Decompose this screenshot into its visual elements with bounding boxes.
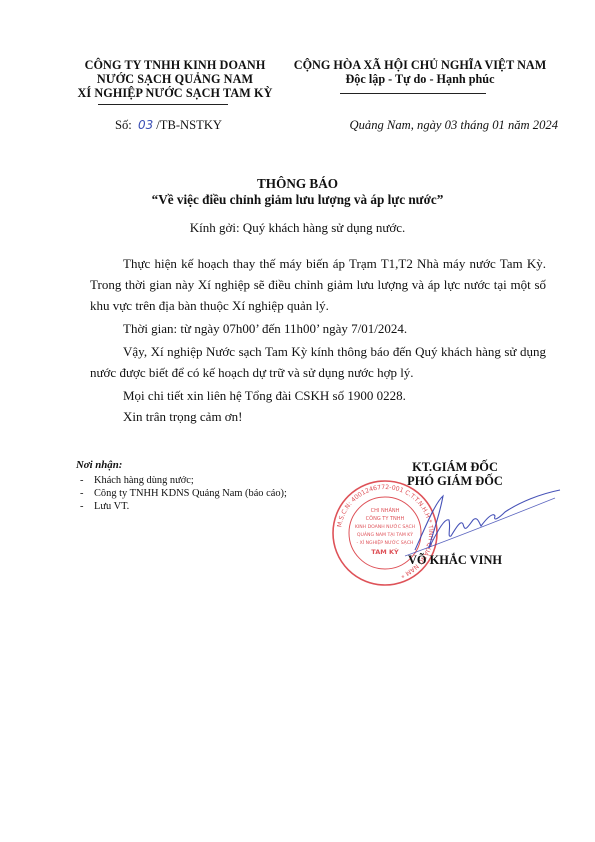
notice-body: Thực hiện kế hoạch thay thế máy biến áp … <box>90 253 546 427</box>
signer-name: VÕ KHẮC VINH <box>360 553 550 568</box>
company-line-3: XÍ NGHIỆP NƯỚC SẠCH TAM KỲ <box>60 86 290 100</box>
number-label: Số: <box>115 118 132 132</box>
country-name: CỘNG HÒA XÃ HỘI CHỦ NGHĨA VIỆT NAM <box>280 58 560 72</box>
company-header: CÔNG TY TNHH KINH DOANH NƯỚC SẠCH QUẢNG … <box>60 58 290 100</box>
number-handwritten: 03 <box>138 118 153 132</box>
national-header: CỘNG HÒA XÃ HỘI CHỦ NGHĨA VIỆT NAM Độc l… <box>280 58 560 86</box>
motto-underline <box>340 93 486 94</box>
company-line-2: NƯỚC SẠCH QUẢNG NAM <box>60 72 290 86</box>
handwritten-signature <box>395 488 565 558</box>
recipient-item: -Lưu VT. <box>76 500 336 513</box>
recipients-block: Nơi nhận: -Khách hàng dùng nước; -Công t… <box>76 459 336 513</box>
body-paragraph: Xin trân trọng cảm ơn! <box>90 406 546 427</box>
recipients-label: Nơi nhận: <box>76 459 336 472</box>
body-paragraph: Mọi chi tiết xin liên hệ Tổng đài CSKH s… <box>90 385 546 406</box>
body-paragraph: Thời gian: từ ngày 07h00’ đến 11h00’ ngà… <box>90 318 546 339</box>
recipient-item: -Khách hàng dùng nước; <box>76 474 336 487</box>
notice-title-block: THÔNG BÁO “Về việc điều chỉnh giảm lưu l… <box>0 176 595 208</box>
body-paragraph: Vậy, Xí nghiệp Nước sạch Tam Kỳ kính thô… <box>90 341 546 383</box>
signer-title-2: PHÓ GIÁM ĐỐC <box>360 474 550 488</box>
greeting: Kính gởi: Quý khách hàng sử dụng nước. <box>0 220 595 236</box>
company-underline <box>98 104 228 105</box>
number-code: /TB-NSTKY <box>156 118 222 132</box>
company-line-1: CÔNG TY TNHH KINH DOANH <box>60 58 290 72</box>
date-line: Quảng Nam, ngày 03 tháng 01 năm 2024 <box>318 118 558 133</box>
signer-title-1: KT.GIÁM ĐỐC <box>360 460 550 474</box>
recipient-item: -Công ty TNHH KDNS Quảng Nam (báo cáo); <box>76 487 336 500</box>
notice-subject: “Về việc điều chỉnh giảm lưu lượng và áp… <box>0 192 595 208</box>
notice-title: THÔNG BÁO <box>0 176 595 192</box>
signature-block: KT.GIÁM ĐỐC PHÓ GIÁM ĐỐC <box>360 460 550 488</box>
national-motto: Độc lập - Tự do - Hạnh phúc <box>280 72 560 86</box>
body-paragraph: Thực hiện kế hoạch thay thế máy biến áp … <box>90 253 546 316</box>
document-number: Số: 03/TB-NSTKY <box>115 118 222 133</box>
